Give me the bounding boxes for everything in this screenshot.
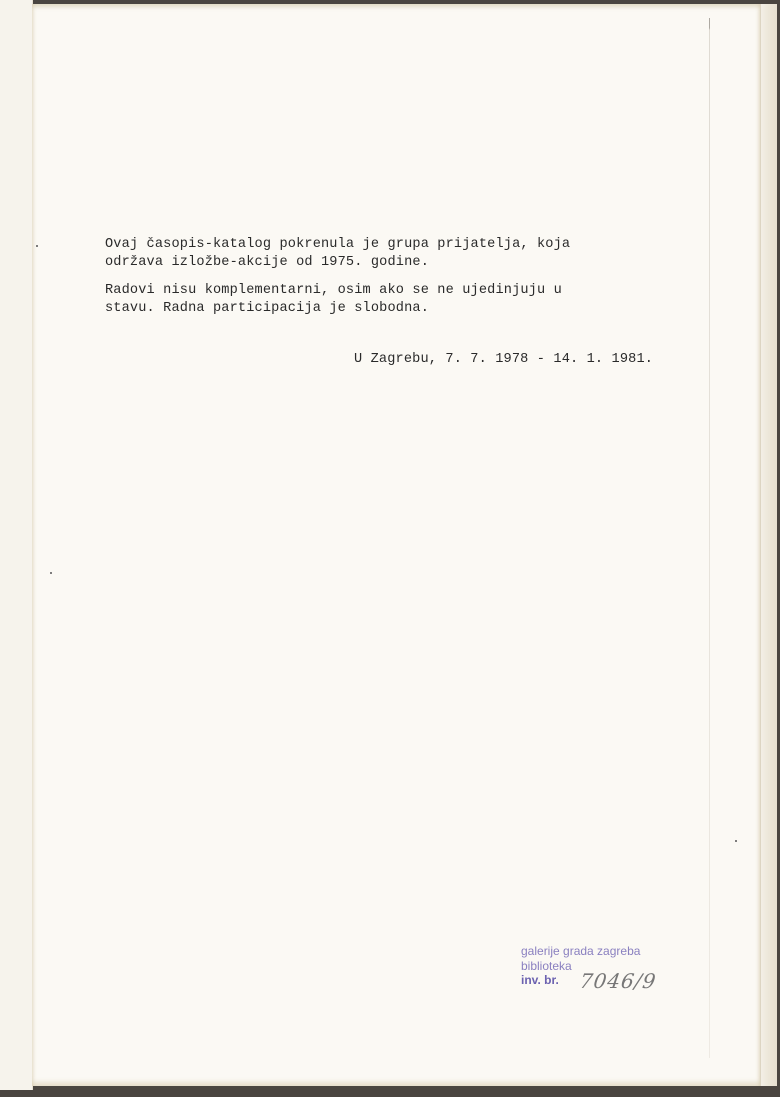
works-paragraph: Radovi nisu komplementarni, osim ako se … bbox=[105, 282, 562, 318]
place-and-date: U Zagrebu, 7. 7. 1978 - 14. 1. 1981. bbox=[354, 351, 653, 369]
works-line-2: stavu. Radna participacija je slobodna. bbox=[105, 300, 562, 318]
binding-line bbox=[709, 18, 710, 1058]
scan-speck bbox=[36, 245, 38, 247]
intro-paragraph: Ovaj časopis-katalog pokrenula je grupa … bbox=[105, 236, 570, 272]
previous-page-strip bbox=[0, 0, 33, 1090]
inventory-number: 7046/9 bbox=[578, 969, 658, 993]
intro-line-2: održava izložbe-akcije od 1975. godine. bbox=[105, 254, 570, 272]
page-stack-edge bbox=[760, 4, 777, 1086]
stamp-institution: galerije grada zagreba bbox=[521, 944, 640, 959]
works-line-1: Radovi nisu komplementarni, osim ako se … bbox=[105, 282, 562, 300]
document-page bbox=[32, 4, 760, 1086]
scan-speck bbox=[50, 572, 52, 574]
intro-line-1: Ovaj časopis-katalog pokrenula je grupa … bbox=[105, 236, 570, 254]
scan-speck bbox=[735, 840, 737, 842]
